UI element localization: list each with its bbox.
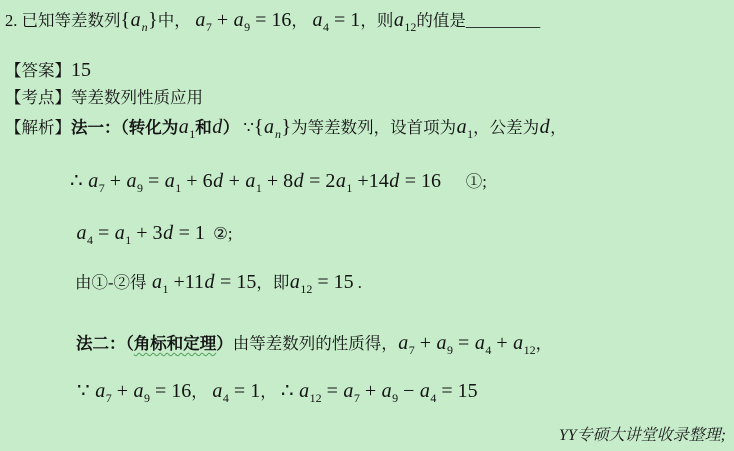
text-segment: ）	[216, 334, 233, 353]
text-segment: ，则	[360, 11, 393, 30]
text-segment: 由①-②得	[75, 273, 147, 292]
analysis-method1-line: 【解析】法一：（转化为a1和d） ∵{an}为等差数列，设首项为a1，公差为d，	[5, 111, 567, 145]
math-expression: a4 = a1 + 3d = 1	[76, 222, 205, 244]
worksheet-page: { "page": { "bg_color": "#c6ecca", "wavy…	[0, 0, 734, 451]
text-segment: ，即	[256, 273, 289, 292]
text-segment: 法一：（转化为	[71, 118, 178, 137]
equation-2: a4 = a1 + 3d = 1 ②;	[76, 217, 232, 251]
math-expression: d	[539, 116, 550, 138]
text-segment: 和	[195, 118, 212, 137]
text-segment: 【解析】	[5, 118, 71, 137]
text-segment: 由等差数列的性质得，	[233, 334, 398, 353]
method2-line: 法二：（角标和定理）由等差数列的性质得，a7 + a9 = a4 + a12，	[76, 327, 552, 361]
math-expression: {an}	[121, 9, 158, 31]
math-expression: a7 + a9 = a4 + a12	[398, 332, 536, 354]
math-expression: a4 = 1	[312, 9, 360, 31]
text-segment: ，	[550, 118, 567, 137]
text-segment: ，	[536, 334, 553, 353]
watermark-text: YY专硕大讲堂收录整理;	[559, 420, 726, 451]
math-expression: d	[212, 116, 223, 138]
text-segment: ）	[223, 118, 240, 137]
text-segment: ，	[260, 382, 281, 401]
equation-3: 由①-②得 a1 +11d = 15，即a12 = 15 .	[75, 266, 362, 300]
math-expression: a12	[393, 9, 416, 31]
text-segment: 中，	[158, 11, 195, 30]
equation-1: ∴ a7 + a9 = a1 + 6d + a1 + 8d = 2a1 +14d…	[70, 165, 487, 199]
text-segment: 的值是_________	[416, 11, 540, 30]
math-expression: a4 = 1	[212, 380, 260, 402]
math-expression: a1	[178, 116, 195, 138]
text-segment: 【考点】等差数列性质应用	[5, 88, 203, 107]
text-segment: ①;	[441, 172, 487, 191]
math-expression: ∴ a7 + a9 = a1 + 6d + a1 + 8d = 2a1 +14d…	[70, 170, 441, 192]
text-segment: 为等差数列，设首项为	[291, 118, 456, 137]
text-segment: ，	[291, 11, 312, 30]
text-segment: ②;	[205, 224, 233, 243]
problem-statement: 2. 已知等差数列{an}中， a7 + a9 = 16， a4 = 1，则a1…	[5, 4, 540, 38]
math-expression: a12 = 15	[289, 271, 353, 293]
text-segment: ∵	[239, 118, 254, 137]
math-expression: a7 + a9 = 16	[195, 9, 292, 31]
text-segment: 角标和定理	[134, 334, 217, 353]
text-segment: ，公差为	[473, 118, 539, 137]
text-segment: 2. 已知等差数列	[5, 11, 121, 30]
math-expression: {an}	[254, 116, 291, 138]
text-segment: 【答案】	[5, 61, 71, 80]
math-expression: a1	[456, 116, 473, 138]
math-expression: ∵ a7 + a9 = 16	[77, 380, 191, 402]
math-expression: 15	[71, 59, 91, 81]
text-segment: .	[354, 273, 362, 292]
equation-4: ∵ a7 + a9 = 16， a4 = 1， ∴ a12 = a7 + a9 …	[77, 375, 478, 409]
math-expression: ∴ a12 = a7 + a9 − a4 = 15	[281, 380, 478, 402]
text-segment: ，	[191, 382, 212, 401]
text-segment: 法二：（	[76, 334, 134, 353]
math-expression: a1 +11d = 15	[147, 271, 257, 293]
